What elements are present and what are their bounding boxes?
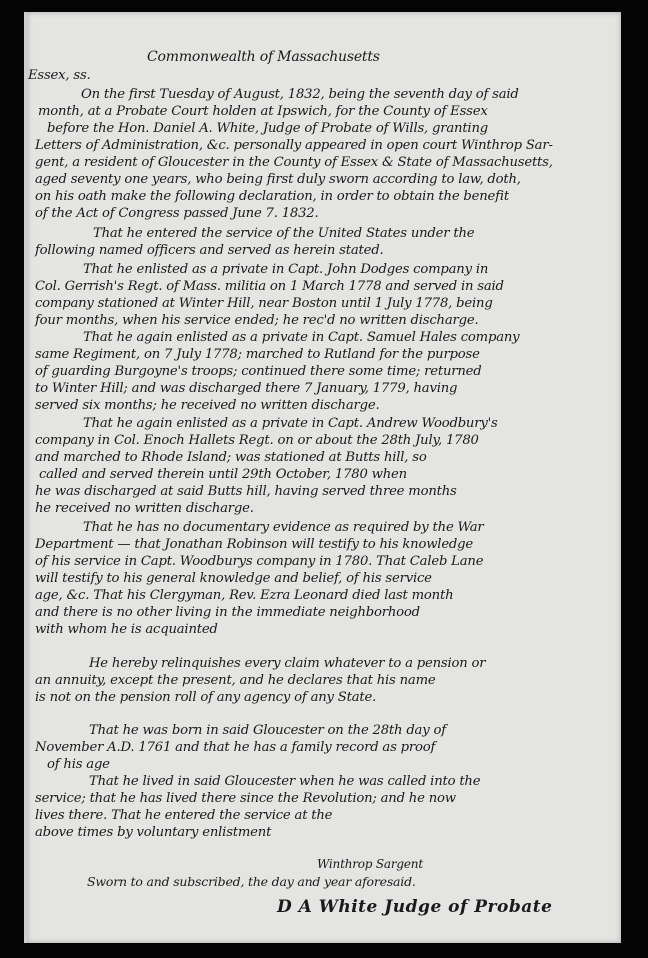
text-line: gent, a resident of Gloucester in the Co… <box>35 155 553 171</box>
text-line: served six months; he received no writte… <box>35 398 379 414</box>
judge-signature: D A White Judge of Probate <box>277 899 552 915</box>
county-line: Essex, ss. <box>28 68 91 84</box>
text-line: is not on the pension roll of any agency… <box>35 690 376 706</box>
text-line: aged seventy one years, who being first … <box>35 172 521 188</box>
declarant-signature: Winthrop Sargent <box>317 856 423 872</box>
text-line: above times by voluntary enlistment <box>35 825 271 841</box>
text-line: Letters of Administration, &c. personall… <box>35 138 553 154</box>
text-line: and marched to Rhode Island; was station… <box>35 450 427 466</box>
document-heading: Commonwealth of Massachusetts <box>147 49 380 65</box>
text-line: of his service in Capt. Woodburys compan… <box>35 554 483 570</box>
text-line: called and served therein until 29th Oct… <box>39 467 407 483</box>
text-line: of his age <box>47 757 110 773</box>
text-line: four months, when his service ended; he … <box>35 313 478 329</box>
document-page: Commonwealth of Massachusetts Essex, ss.… <box>24 12 621 943</box>
sworn-statement: Sworn to and subscribed, the day and yea… <box>87 874 416 890</box>
text-line: month, at a Probate Court holden at Ipsw… <box>38 104 488 120</box>
text-line: of guarding Burgoyne's troops; continued… <box>35 364 482 380</box>
text-line: age, &c. That his Clergyman, Rev. Ezra L… <box>35 588 453 604</box>
text-line: Col. Gerrish's Regt. of Mass. militia on… <box>35 279 504 295</box>
text-line: he was discharged at said Butts hill, ha… <box>35 484 457 500</box>
text-line: an annuity, except the present, and he d… <box>35 673 435 689</box>
text-line: November A.D. 1761 and that he has a fam… <box>35 740 435 756</box>
text-line: Department — that Jonathan Robinson will… <box>35 537 473 553</box>
text-line: before the Hon. Daniel A. White, Judge o… <box>47 121 488 137</box>
text-line: That he again enlisted as a private in C… <box>83 416 498 432</box>
text-line: That he has no documentary evidence as r… <box>83 520 484 536</box>
text-line: That he lived in said Gloucester when he… <box>89 774 480 790</box>
text-line: service; that he has lived there since t… <box>35 791 456 807</box>
text-line: will testify to his general knowledge an… <box>35 571 432 587</box>
text-line: That he entered the service of the Unite… <box>93 226 474 242</box>
text-line: lives there. That he entered the service… <box>35 808 332 824</box>
text-line: to Winter Hill; and was discharged there… <box>35 381 457 397</box>
text-line: and there is no other living in the imme… <box>35 605 420 621</box>
text-line: On the first Tuesday of August, 1832, be… <box>81 87 519 103</box>
text-line: of the Act of Congress passed June 7. 18… <box>35 206 319 222</box>
text-line: company stationed at Winter Hill, near B… <box>35 296 493 312</box>
text-line: with whom he is acquainted <box>35 622 218 638</box>
text-line: on his oath make the following declarati… <box>35 189 509 205</box>
text-line: same Regiment, on 7 July 1778; marched t… <box>35 347 480 363</box>
text-line: That he was born in said Gloucester on t… <box>89 723 446 739</box>
text-line: He hereby relinquishes every claim whate… <box>89 656 485 672</box>
text-line: following named officers and served as h… <box>35 243 383 259</box>
text-line: he received no written discharge. <box>35 501 254 517</box>
text-line: That he again enlisted as a private in C… <box>83 330 519 346</box>
text-line: company in Col. Enoch Hallets Regt. on o… <box>35 433 479 449</box>
text-line: That he enlisted as a private in Capt. J… <box>83 262 488 278</box>
